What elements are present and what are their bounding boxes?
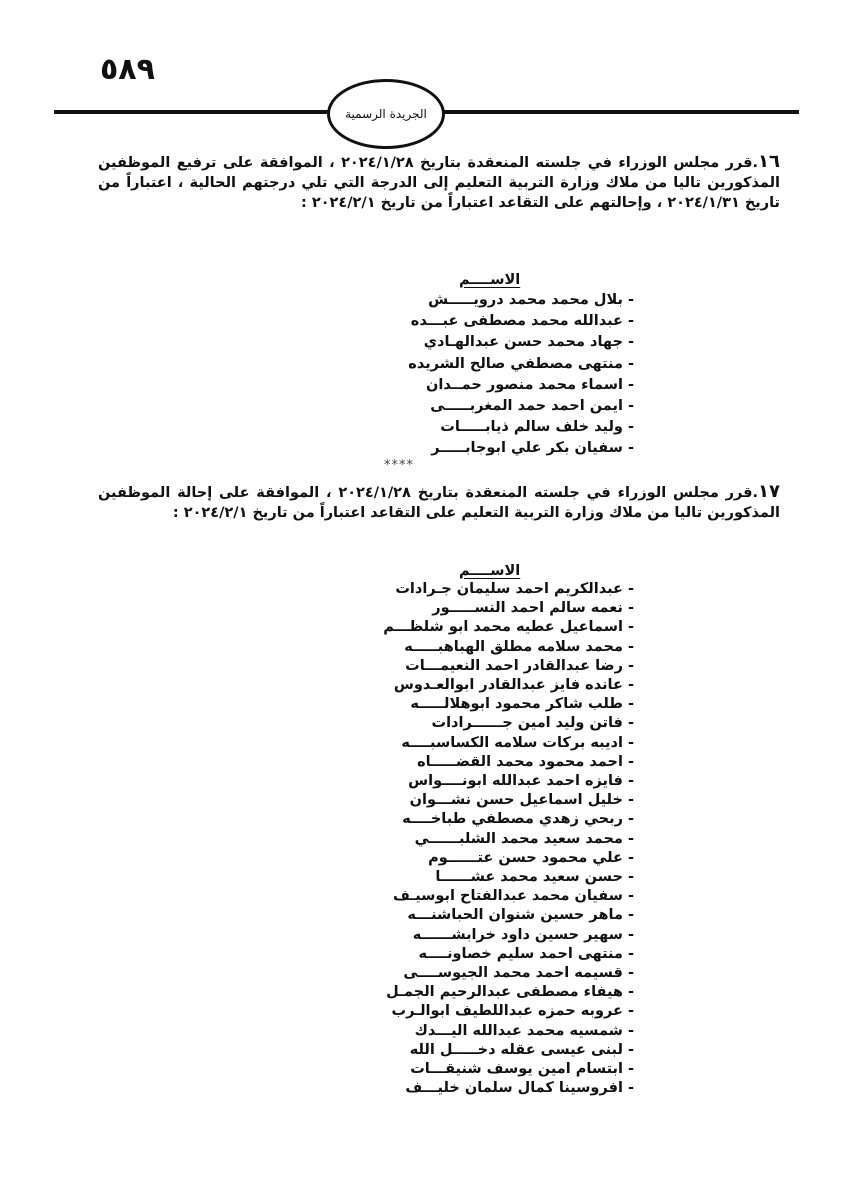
list-item: ايمن احمد حمد المغربـــــى	[408, 396, 634, 417]
list-item: ابتسام امين يوسف شنيقـــات	[383, 1060, 634, 1079]
list-item: حسن سعيد محمد عشــــــا	[383, 868, 634, 887]
decree-16: ١٦.قرر مجلس الوزراء في جلسته المنعقدة بت…	[98, 152, 780, 213]
list-item: فايزه احمد عبدالله ابونــــواس	[383, 772, 634, 791]
list-item: محمد سلامه مطلق الهباهبـــــه	[383, 638, 634, 657]
list-item: عبدالله محمد مصطفى عبـــده	[408, 311, 634, 332]
list-item: ربحي زهدي مصطفي طباخــــه	[383, 810, 634, 829]
names-list-17: عبدالكريم احمد سليمان جـرادات نعمه سالم …	[383, 580, 634, 1098]
decree-17: ١٧.قرر مجلس الوزراء في جلسته المنعقدة بت…	[98, 482, 780, 523]
list-item: منتهى احمد سليم خصاونــــه	[383, 945, 634, 964]
list-item: فاتن وليد امين جــــــرادات	[383, 714, 634, 733]
list-item: سهير حسين داود خرابشــــــه	[383, 926, 634, 945]
list-item: شمسيه محمد عبدالله اليـــدك	[383, 1022, 634, 1041]
list-item: اسماعيل عطيه محمد ابو شلظـــم	[383, 618, 634, 637]
list-item: عروبه حمزه عبداللطيف ابوالـرب	[383, 1002, 634, 1021]
header-oval: الجريدة الرسمية	[327, 79, 445, 149]
list-item: محمد سعيد محمد الشلبــــــي	[383, 830, 634, 849]
list-item: جهاد محمد حسن عبدالهـادي	[408, 332, 634, 353]
list-item: عبدالكريم احمد سليمان جـرادات	[383, 580, 634, 599]
decree-number: ١٦	[758, 151, 780, 172]
gazette-title: الجريدة الرسمية	[345, 107, 427, 121]
list-item: عانده فايز عبدالقادر ابوالعـدوس	[383, 676, 634, 695]
list-item: احمد محمود محمد القضـــــاه	[383, 753, 634, 772]
list-item: رضا عبدالقادر احمد النعيمـــات	[383, 657, 634, 676]
list-item: منتهى مصطفي صالح الشريده	[408, 354, 634, 375]
names-list-16: بلال محمد محمد درويـــــش عبدالله محمد م…	[408, 290, 634, 460]
list-item: لبنى عيسى عقله دخـــــل الله	[383, 1041, 634, 1060]
list-item: طلب شاكر محمود ابوهلالـــــه	[383, 695, 634, 714]
decree-text: قرر مجلس الوزراء في جلسته المنعقدة بتاري…	[98, 155, 780, 211]
list-item: ماهر حسين شنوان الحباشنـــه	[383, 906, 634, 925]
list-item: خليل اسماعيل حسن نشـــوان	[383, 791, 634, 810]
list-title: الاســــم	[459, 563, 520, 579]
list-item: اسماء محمد منصور حمــدان	[408, 375, 634, 396]
list-item: هيفاء مصطفى عبدالرحيم الجمـل	[383, 983, 634, 1002]
list-item: سفيان بكر علي ابوجابـــــر	[408, 438, 634, 459]
page-number: ٥٨٩	[100, 52, 155, 87]
list-item: سفيان محمد عبدالفتاح ابوسيـف	[383, 887, 634, 906]
list-title: الاســــم	[459, 272, 520, 288]
list-item: علي محمود حسن عتــــــوم	[383, 849, 634, 868]
list-item: نعمه سالم احمد النســـــور	[383, 599, 634, 618]
decree-text: قرر مجلس الوزراء في جلسته المنعقدة بتاري…	[98, 485, 780, 521]
decree-number: ١٧	[758, 481, 780, 502]
list-item: قسيمه احمد محمد الجيوســــى	[383, 964, 634, 983]
list-item: وليد خلف سالم ذيابـــــات	[408, 417, 634, 438]
list-item: اديبه بركات سلامه الكساسبــــه	[383, 734, 634, 753]
separator: ****	[384, 458, 414, 473]
list-item: افروسينا كمال سلمان خليـــف	[383, 1079, 634, 1098]
list-item: بلال محمد محمد درويـــــش	[408, 290, 634, 311]
